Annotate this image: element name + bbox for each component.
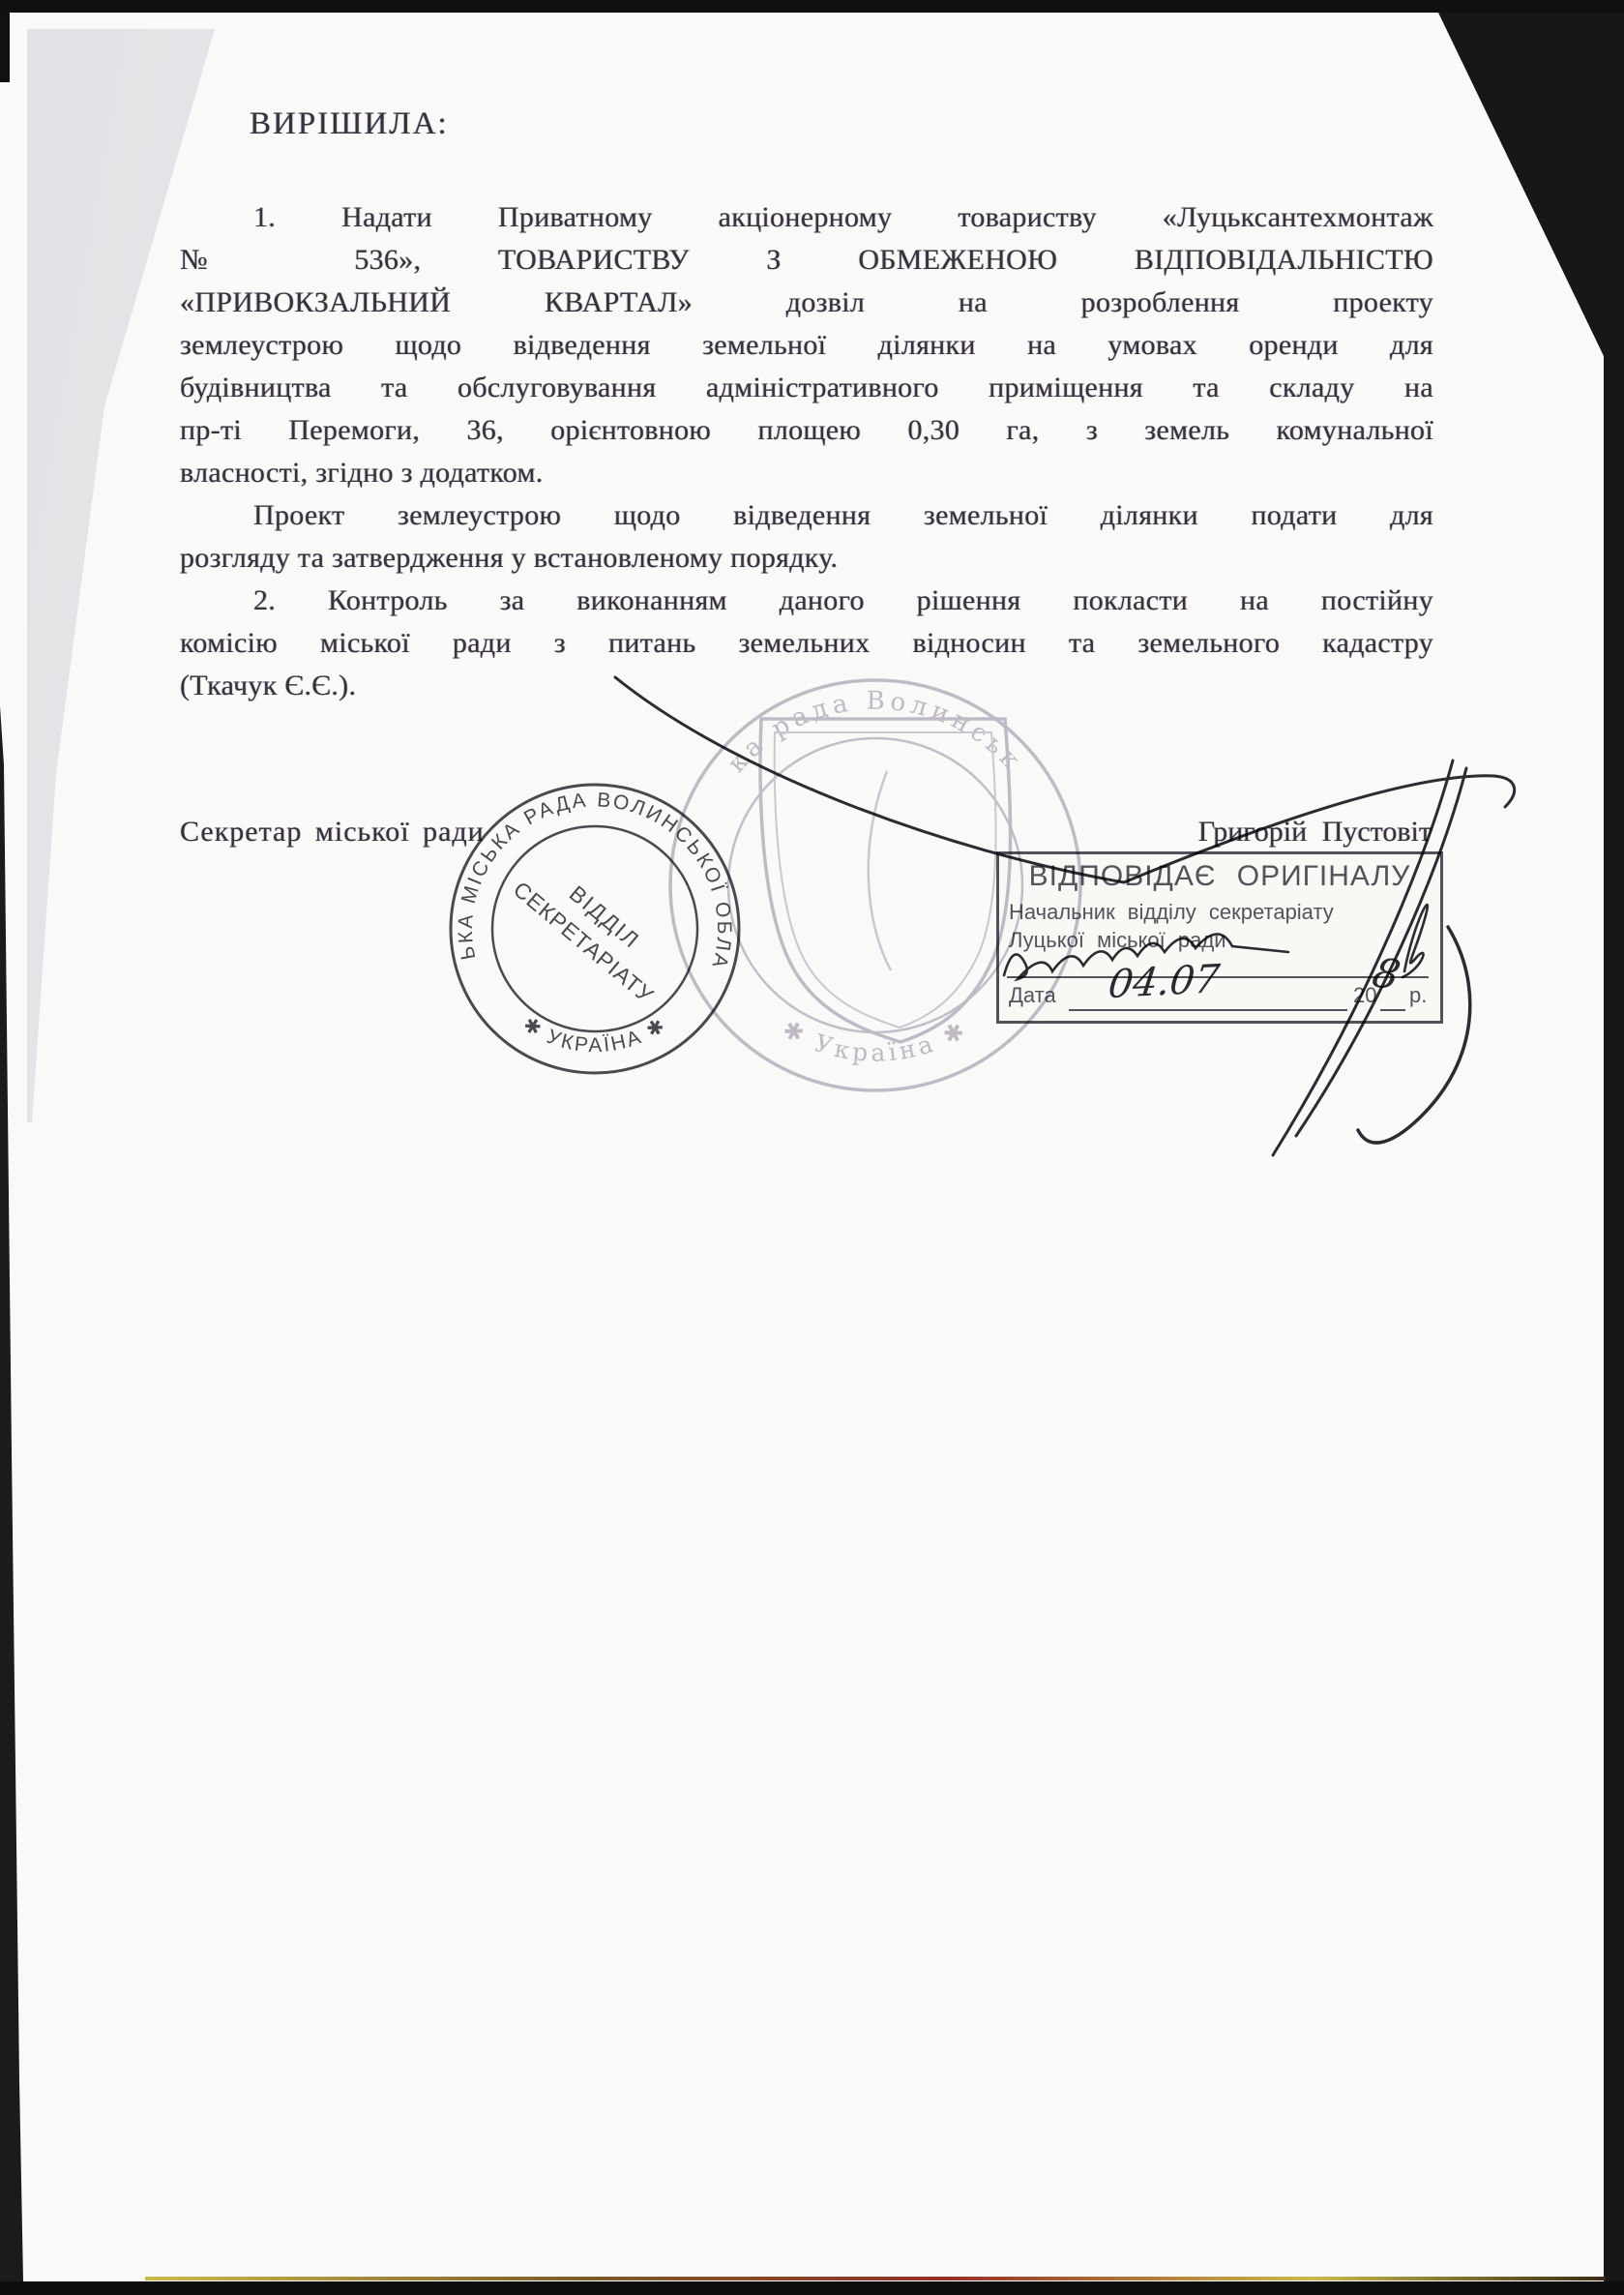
handwritten-date: 04.07 [1106,957,1222,1007]
signer-title: Секретар міської ради [180,816,485,849]
body-line: розгляду та затвердження у встановленому… [180,537,1433,580]
coat-of-arms-shield-icon [760,719,1011,1042]
certification-stamp-position: Начальник відділу секретаріату [1009,900,1334,925]
body-line: комісію міської ради з питань земельних … [180,622,1433,665]
date-blank-line [1069,1009,1347,1011]
body-line: № 536», ТОВАРИСТВУ З ОБМЕЖЕНОЮ ВІДПОВІДА… [180,239,1433,282]
body-line: 1. Надати Приватному акціонерному товари… [180,196,1433,239]
year-suffix: р. [1409,983,1427,1008]
body-line: Проект землеустрою щодо відведення земел… [180,494,1433,537]
secretariat-round-stamp: ЛУЦЬКА МІСЬКА РАДА ВОЛИНСЬКОЇ ОБЛАСТІ ✱ … [440,774,750,1084]
body-line: власності, згідно з додатком. [180,452,1433,494]
body-line: пр-ті Перемоги, 36, орієнтовною площею 0… [180,409,1433,452]
decision-heading: ВИРІШИЛА: [250,106,449,142]
certification-stamp: ВІДПОВІДАЄ ОРИГІНАЛУ Начальник відділу с… [996,851,1443,1024]
body-line: 2. Контроль за виконанням даного рішення… [180,580,1433,622]
scanner-edge-top [0,0,1624,13]
body-line: «ПРИВОКЗАЛЬНИЙ КВАРТАЛ» дозвіл на розроб… [180,282,1433,324]
svg-text:✱ УКРАЇНА ✱: ✱ УКРАЇНА ✱ [519,1013,671,1057]
certification-stamp-title: ВІДПОВІДАЄ ОРИГІНАЛУ [999,860,1440,893]
body-line: землеустрою щодо відведення земельної ді… [180,324,1433,367]
round-stamp-country-text: ✱ УКРАЇНА ✱ [519,1013,671,1057]
scan-artifact-line [145,2277,1606,2280]
year-blank-line [1380,1009,1405,1011]
scanner-edge-bottom [0,2281,1624,2295]
certification-stamp-org: Луцької міської ради [1009,928,1225,953]
decision-body: 1. Надати Приватному акціонерному товари… [180,196,1433,707]
scanner-edge-left-notch [0,13,10,82]
signer-name: Григорій Пустовіт [1198,816,1432,849]
body-line: будівництва та обслуговування адміністра… [180,367,1433,409]
date-label: Дата [1009,983,1056,1008]
scanned-document-page: ВИРІШИЛА: 1. Надати Приватному акціонерн… [0,0,1624,2295]
